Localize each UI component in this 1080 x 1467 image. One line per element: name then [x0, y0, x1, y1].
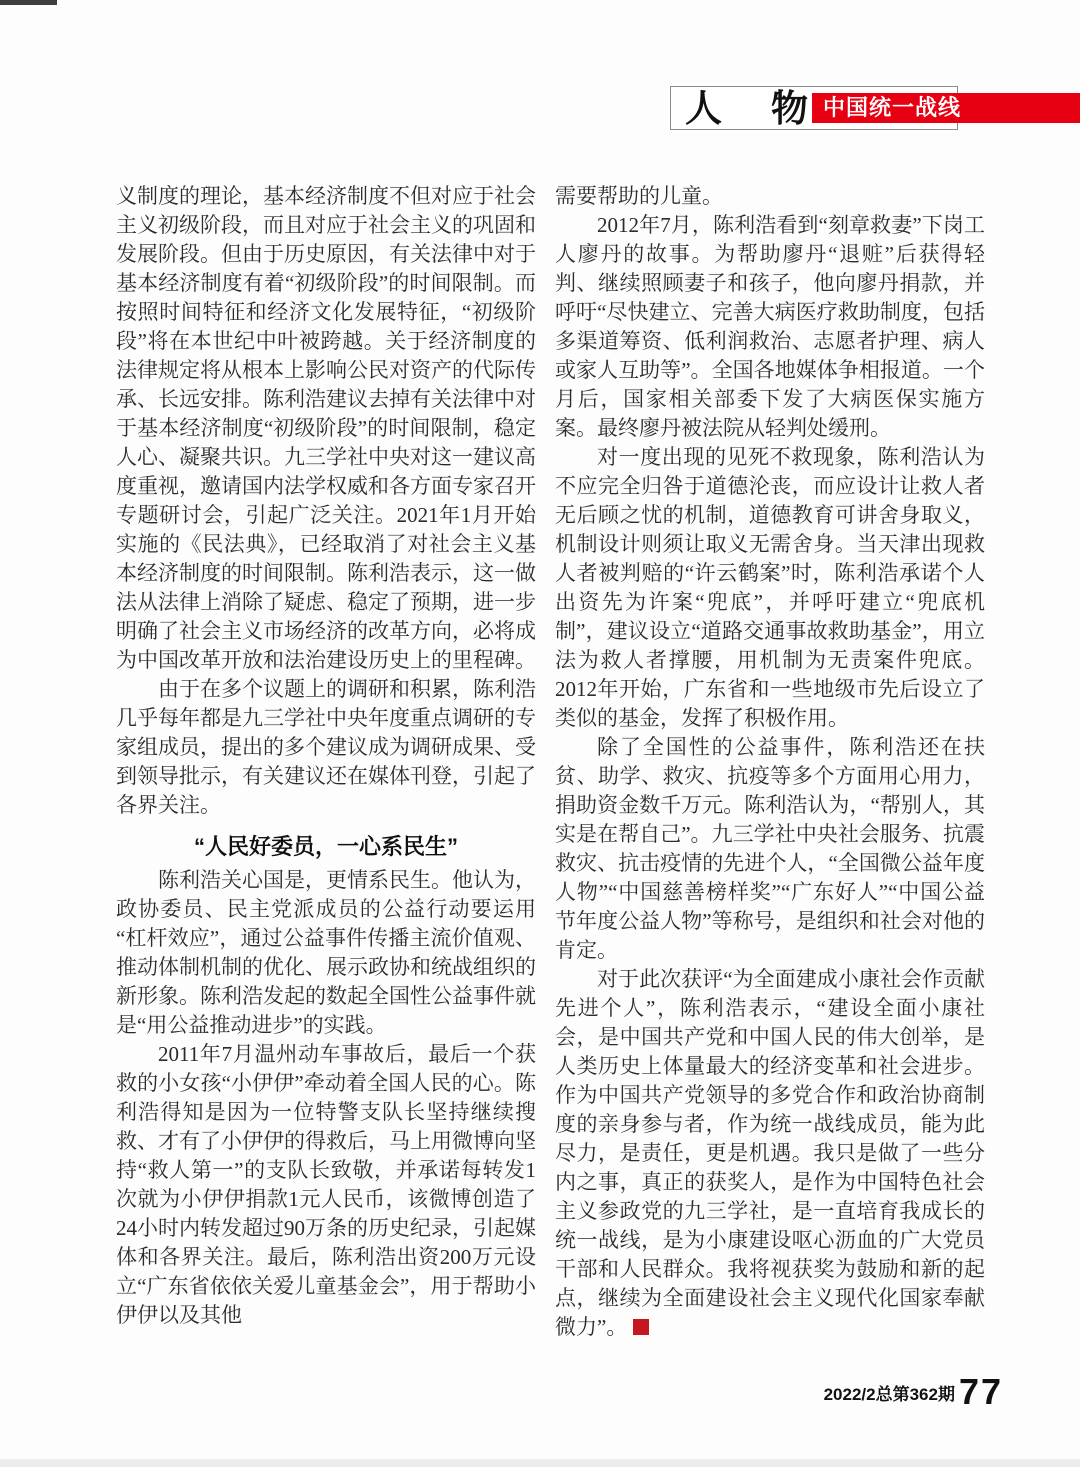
series-banner: 中国统一战线: [812, 93, 1080, 123]
right-column: 需要帮助的儿童。 2012年7月，陈利浩看到“刻章救妻”下岗工人廖丹的故事。为帮…: [555, 182, 985, 1342]
section-subheading: “人民好委员，一心系民生”: [116, 832, 536, 861]
section-title-char: 人: [685, 89, 722, 129]
page-number: 77: [959, 1378, 1003, 1407]
page-footer: 2022/2总第362期 77: [824, 1378, 1003, 1407]
issue-info: 2022/2总第362期: [824, 1386, 955, 1407]
body-paragraph: 对一度出现的见死不救现象，陈利浩认为不应完全归咎于道德沦丧，而应设计让救人者无后…: [555, 443, 985, 733]
magazine-page: 人 物 中国统一战线 义制度的理论，基本经济制度不但对应于社会主义初级阶段，而且…: [0, 0, 1080, 1467]
section-title-char: 物: [771, 89, 808, 129]
body-paragraph: 对于此次获评“为全面建成小康社会作贡献先进个人”，陈利浩表示，“建设全面小康社会…: [555, 965, 985, 1342]
scan-corner-mark: [0, 0, 57, 5]
body-paragraph: 需要帮助的儿童。: [555, 182, 985, 211]
left-column: 义制度的理论，基本经济制度不但对应于社会主义初级阶段，而且对应于社会主义的巩固和…: [116, 182, 536, 1330]
article-end-mark: [633, 1319, 649, 1335]
body-paragraph: 由于在多个议题上的调研和积累，陈利浩几乎每年都是九三学社中央年度重点调研的专家组…: [116, 675, 536, 820]
body-paragraph: 义制度的理论，基本经济制度不但对应于社会主义初级阶段，而且对应于社会主义的巩固和…: [116, 182, 536, 675]
paragraph-text: 对于此次获评“为全面建成小康社会作贡献先进个人”，陈利浩表示，“建设全面小康社会…: [555, 967, 985, 1339]
scan-edge-strip: [0, 1459, 1080, 1467]
body-paragraph: 陈利浩关心国是，更情系民生。他认为，政协委员、民主党派成员的公益行动要运用“杠杆…: [116, 866, 536, 1040]
body-paragraph: 除了全国性的公益事件，陈利浩还在扶贫、助学、救灾、抗疫等多个方面用心用力，捐助资…: [555, 733, 985, 965]
body-paragraph: 2012年7月，陈利浩看到“刻章救妻”下岗工人廖丹的故事。为帮助廖丹“退赃”后获…: [555, 211, 985, 443]
series-banner-label: 中国统一战线: [823, 97, 961, 119]
body-paragraph: 2011年7月温州动车事故后，最后一个获救的小女孩“小伊伊”牵动着全国人民的心。…: [116, 1040, 536, 1330]
